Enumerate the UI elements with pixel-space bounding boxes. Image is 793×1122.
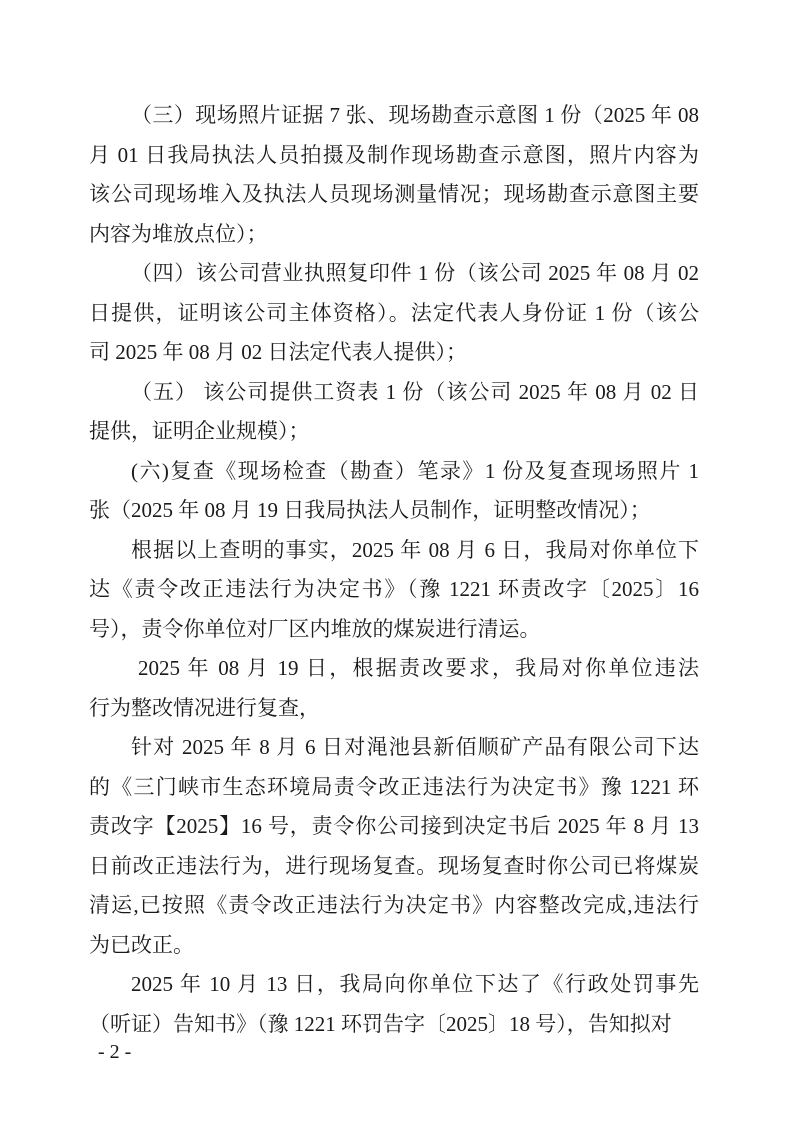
text-line: 日前改正违法行为，进行现场复查。现场复查时你公司已将煤炭 <box>89 847 699 887</box>
text-line: 责改字【2025】16 号，责令你公司接到决定书后 2025 年 8 月 13 <box>89 807 699 847</box>
text-line: 为已改正。 <box>89 926 699 966</box>
text-line: 日提供，证明该公司主体资格）。法定代表人身份证 1 份（该公 <box>89 294 699 334</box>
text-line: 根据以上查明的事实，2025 年 08 月 6 日，我局对你单位下 <box>89 531 699 571</box>
text-line: 2025 年 08 月 19 日，根据责改要求，我局对你单位违法 <box>89 649 699 689</box>
document-body: （三）现场照片证据 7 张、现场勘查示意图 1 份（2025 年 08月 01 … <box>89 96 699 1044</box>
text-line: 行为整改情况进行复查， <box>89 689 699 729</box>
page-number: - 2 - <box>98 1038 131 1066</box>
text-line: 张（2025 年 08 月 19 日我局执法人员制作，证明整改情况）； <box>89 491 699 531</box>
text-line: （听证）告知书》（豫 1221 环罚告字〔2025〕18 号），告知拟对 <box>89 1005 699 1045</box>
text-line: 该公司现场堆入及执法人员现场测量情况；现场勘查示意图主要 <box>89 175 699 215</box>
text-line: 2025 年 10 月 13 日，我局向你单位下达了《行政处罚事先 <box>89 965 699 1005</box>
text-line: （四）该公司营业执照复印件 1 份（该公司 2025 年 08 月 02 <box>89 254 699 294</box>
text-line: 号），责令你单位对厂区内堆放的煤炭进行清运。 <box>89 610 699 650</box>
text-line: （五） 该公司提供工资表 1 份（该公司 2025 年 08 月 02 日 <box>89 373 699 413</box>
text-line: 达《责令改正违法行为决定书》（豫 1221 环责改字〔2025〕16 <box>89 570 699 610</box>
document-page: （三）现场照片证据 7 张、现场勘查示意图 1 份（2025 年 08月 01 … <box>0 0 793 1122</box>
text-line: 清运,已按照《责令改正违法行为决定书》内容整改完成,违法行 <box>89 886 699 926</box>
text-line: （三）现场照片证据 7 张、现场勘查示意图 1 份（2025 年 08 <box>89 96 699 136</box>
text-line: 的《三门峡市生态环境局责令改正违法行为决定书》豫 1221 环 <box>89 768 699 808</box>
text-line: 月 01 日我局执法人员拍摄及制作现场勘查示意图，照片内容为 <box>89 136 699 176</box>
text-line: 针对 2025 年 8 月 6 日对渑池县新佰顺矿产品有限公司下达 <box>89 728 699 768</box>
text-line: 提供，证明企业规模）； <box>89 412 699 452</box>
text-line: 内容为堆放点位）； <box>89 215 699 255</box>
text-line: 司 2025 年 08 月 02 日法定代表人提供）； <box>89 333 699 373</box>
text-line: (六)复查《现场检查（勘查）笔录》1 份及复查现场照片 1 <box>89 452 699 492</box>
